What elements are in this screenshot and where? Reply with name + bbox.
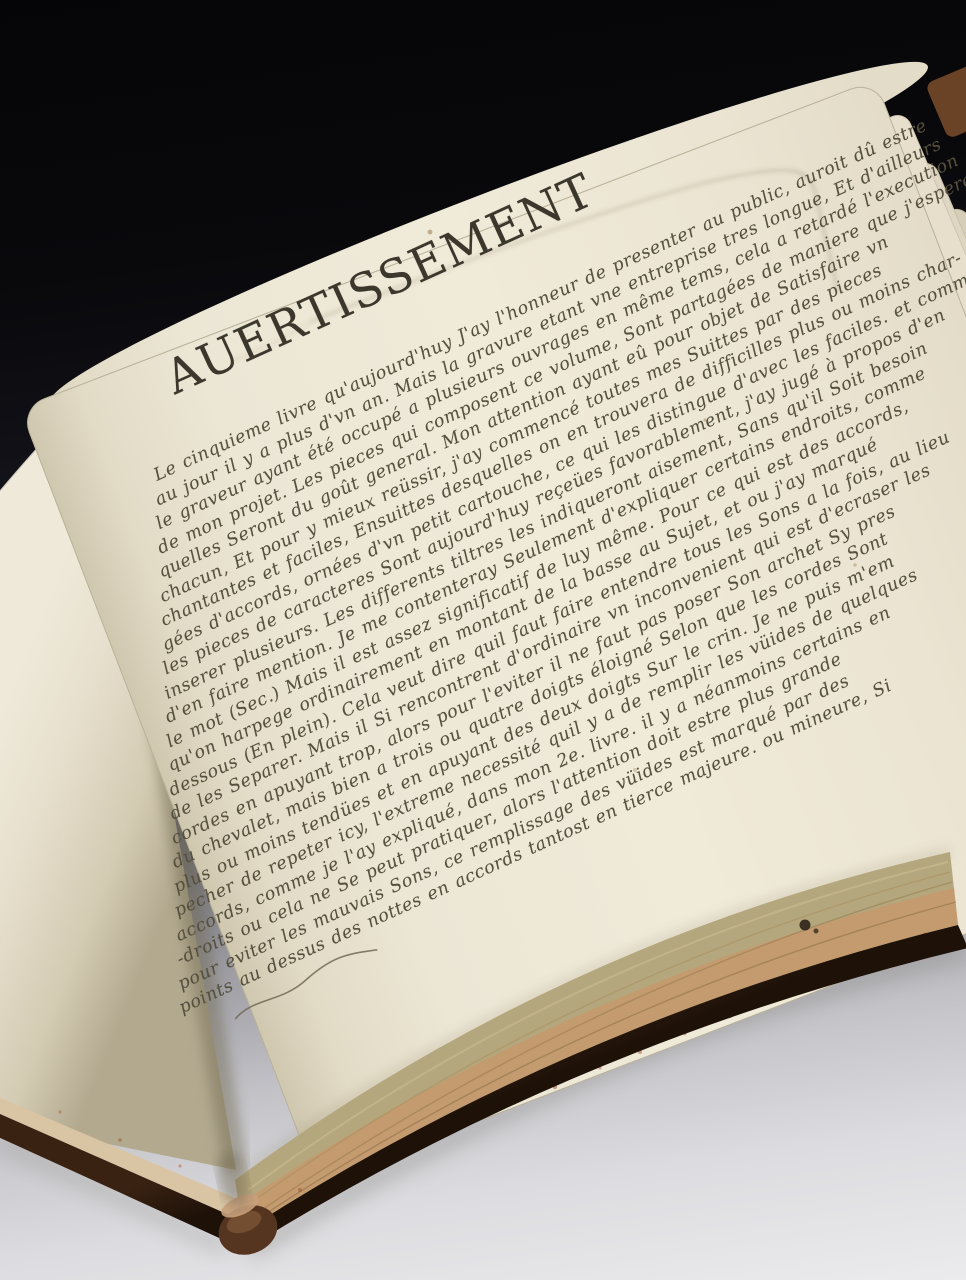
- photo-scene: AUERTISSEMENT Le cinquieme livre qu'aujo…: [0, 0, 966, 1280]
- open-book-photo: [0, 0, 966, 1280]
- edge-ink-blot: [800, 920, 811, 931]
- spine-leather-corner: [925, 51, 966, 139]
- edge-ink-blot-small: [814, 929, 819, 934]
